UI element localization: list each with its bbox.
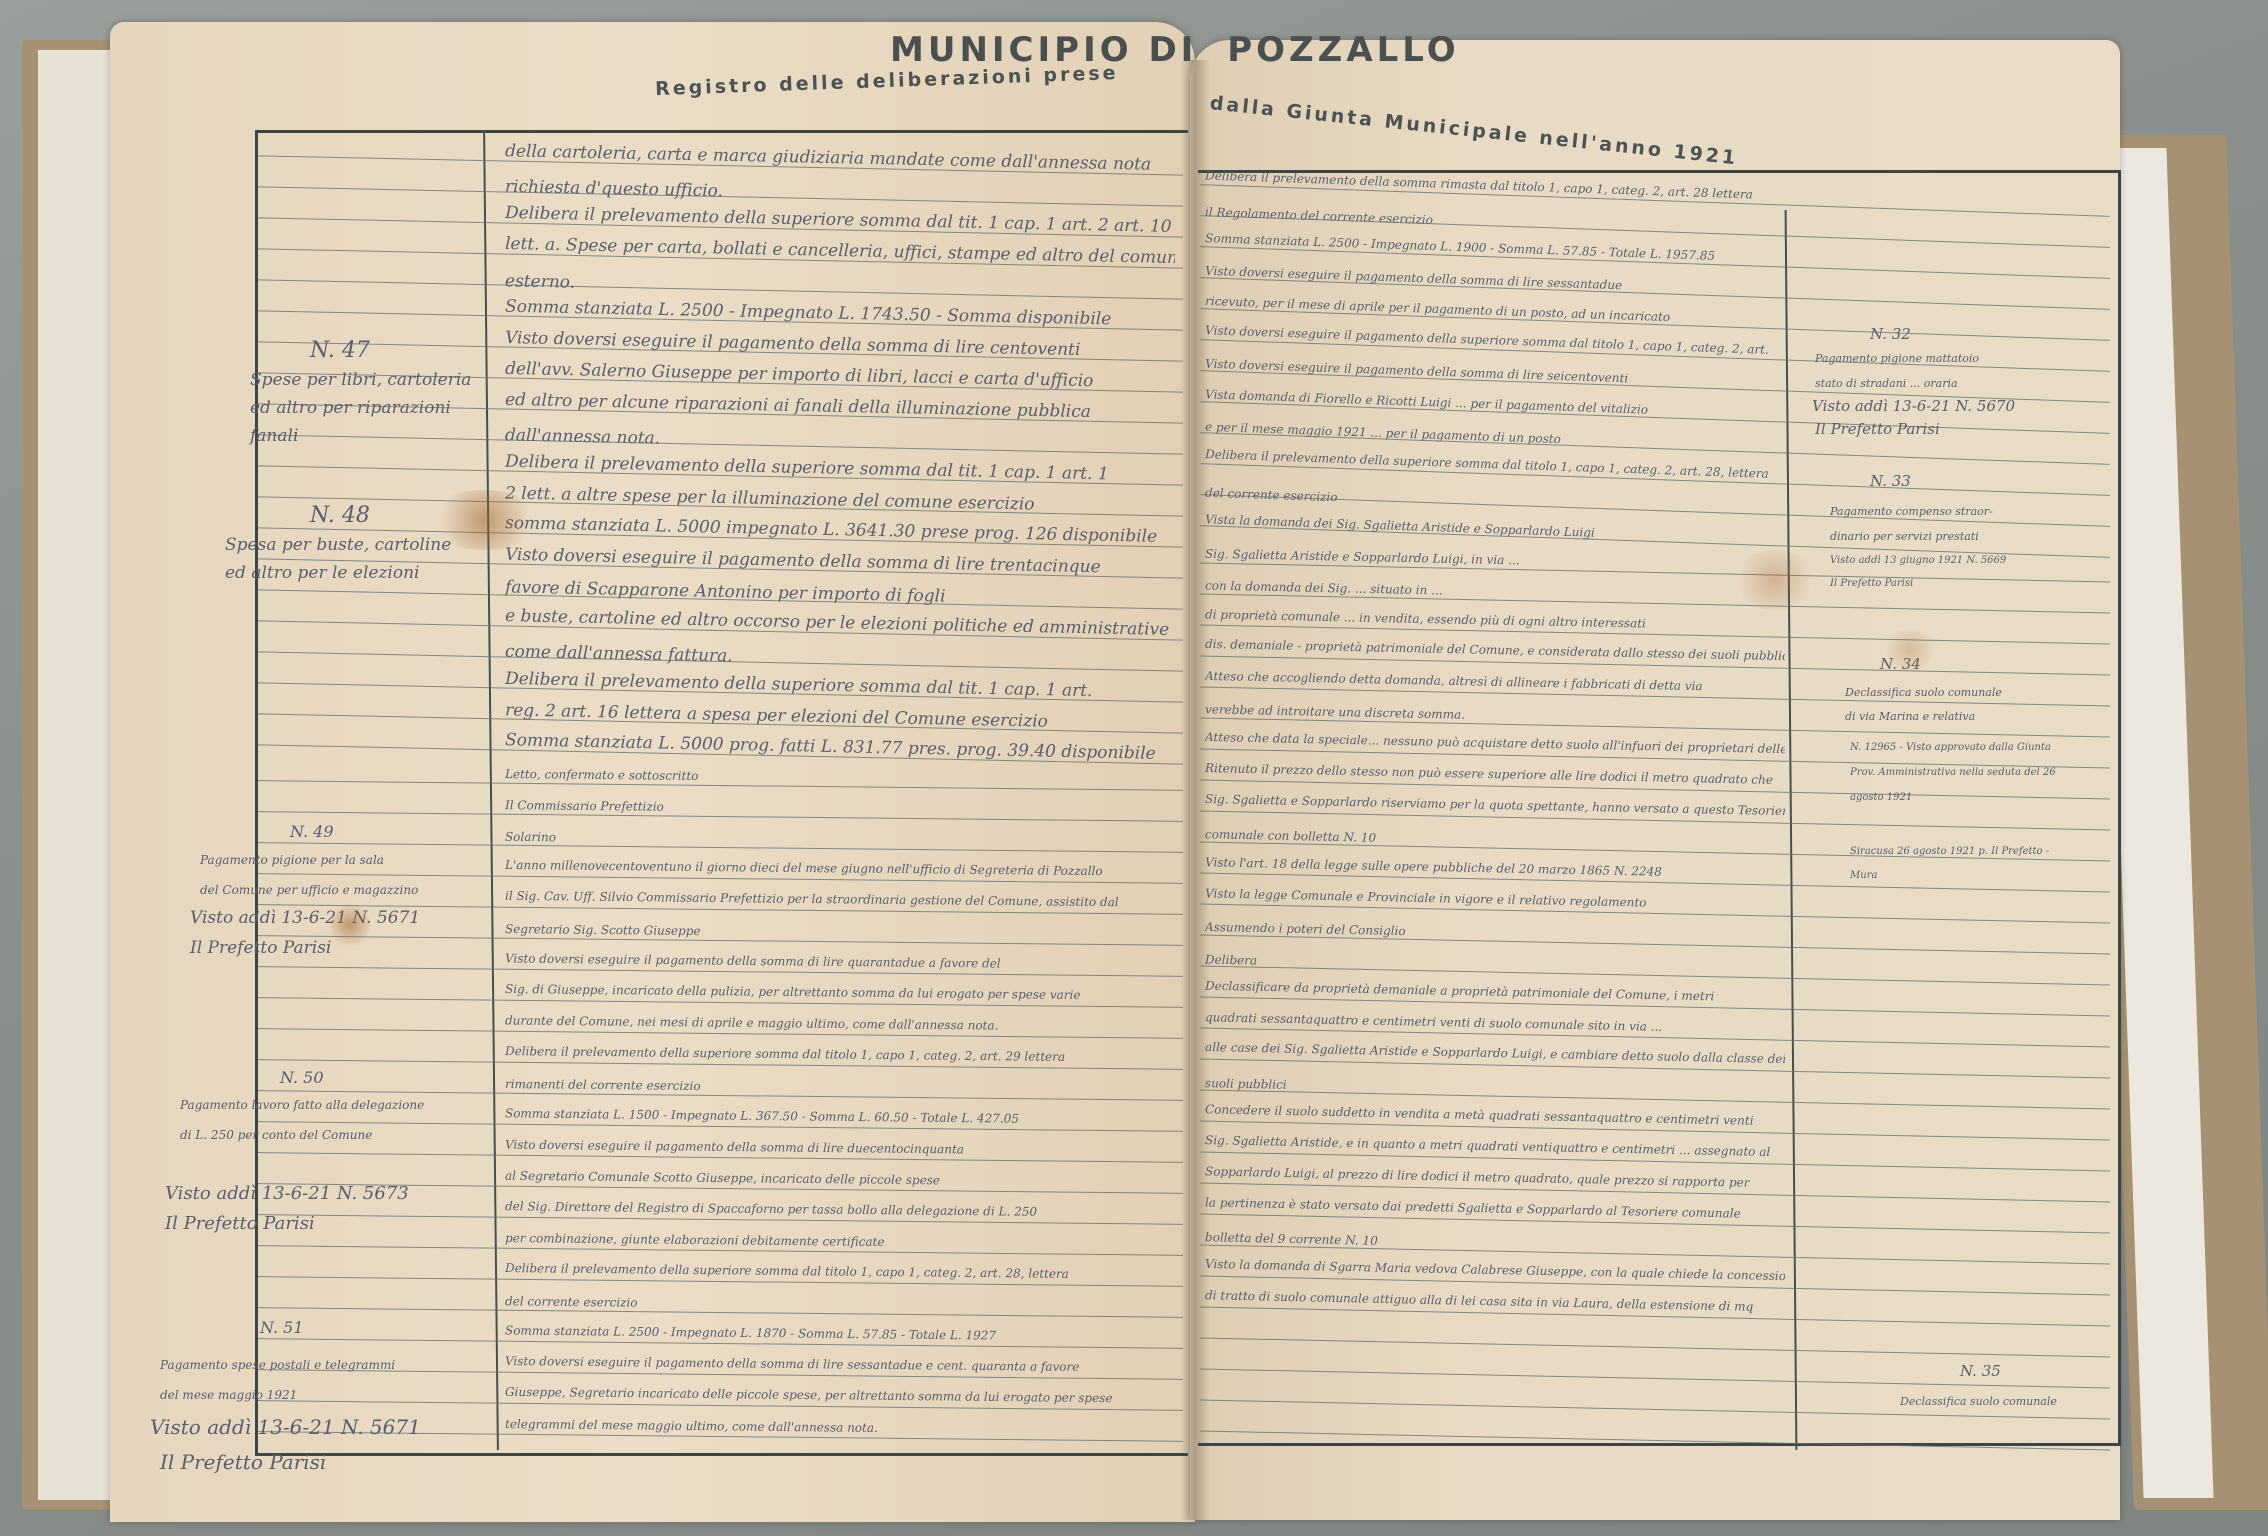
body-text-line: Letto, confermato e sottoscritto: [505, 767, 699, 783]
entry-number: N. 50: [280, 1068, 324, 1087]
entry-number: N. 51: [260, 1318, 304, 1337]
rust-stain: [330, 900, 370, 950]
body-text-line: Segretario Sig. Scotto Giuseppe: [505, 922, 701, 938]
left-page-frame: [255, 130, 1188, 1456]
header-title: MUNICIPIO DI POZZALLO: [890, 30, 1460, 70]
entry-number: N. 33: [1870, 472, 1911, 490]
body-text-line: Il Commissario Prefettizio: [505, 798, 664, 814]
title-right: POZZALLO: [1227, 30, 1459, 70]
entry-number: N. 35: [1960, 1362, 2001, 1380]
entry-number: N. 47: [310, 338, 370, 363]
entry-number: N. 48: [310, 503, 370, 528]
body-text-line: Delibera: [1205, 952, 1257, 967]
body-text-line: dall'annessa nota.: [505, 425, 661, 448]
body-text-line: Solarino: [505, 830, 556, 845]
body-text-line: esterno.: [505, 271, 575, 292]
rust-stain: [430, 490, 540, 550]
entry-number: N. 32: [1870, 325, 1911, 343]
body-text-line: rimanenti del corrente esercizio: [505, 1077, 701, 1093]
body-text-line: suoli pubblici: [1205, 1076, 1287, 1092]
water-stain: [1880, 630, 1940, 670]
body-text-line: del corrente esercizio: [505, 1294, 638, 1309]
entry-number: N. 49: [290, 822, 334, 841]
water-stain: [1730, 550, 1820, 610]
